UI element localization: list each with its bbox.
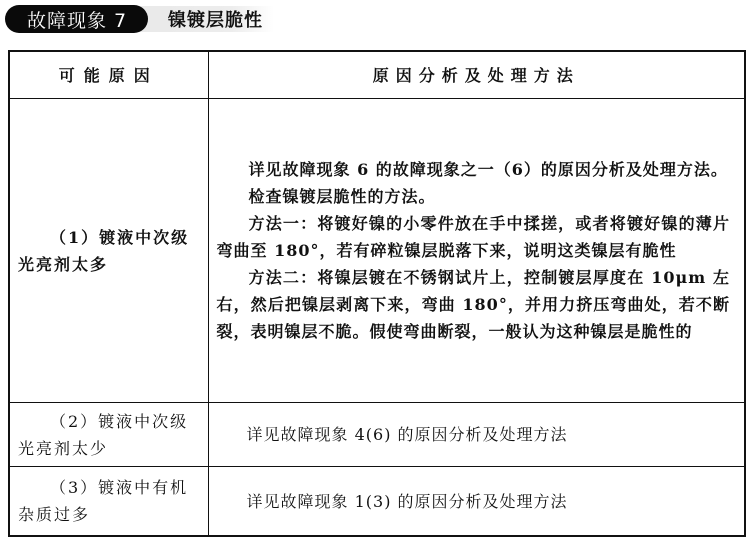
cause-text-line1: （2）镀液中次级 [18, 408, 200, 435]
method-paragraph-reference: 详见故障现象 6 的故障现象之一（6）的原因分析及处理方法。 [217, 156, 731, 183]
table-row: （1）镀液中次级 光亮剂太多 详见故障现象 6 的故障现象之一（6）的原因分析及… [9, 99, 745, 403]
table-row: （2）镀液中次级 光亮剂太少 详见故障现象 4(6) 的原因分析及处理方法 [9, 403, 745, 467]
section-banner: 故障现象 7 镍镀层脆性 [5, 5, 274, 33]
fault-title: 镍镀层脆性 [134, 6, 274, 32]
method-paragraph-intro: 检查镍镀层脆性的方法。 [217, 183, 731, 210]
fault-table: 可能原因 原因分析及处理方法 （1）镀液中次级 光亮剂太多 详见故障现象 6 的… [8, 50, 746, 537]
cause-text-line1: （1）镀液中次级 [18, 224, 200, 251]
method-cell: 详见故障现象 4(6) 的原因分析及处理方法 [208, 403, 745, 467]
cause-text-line2: 光亮剂太少 [18, 435, 200, 462]
cause-cell: （3）镀液中有机 杂质过多 [9, 467, 208, 537]
method-cell: 详见故障现象 6 的故障现象之一（6）的原因分析及处理方法。 检查镍镀层脆性的方… [208, 99, 745, 403]
cause-text-line1: （3）镀液中有机 [18, 474, 200, 501]
header-analysis-method: 原因分析及处理方法 [208, 51, 745, 99]
cause-cell: （2）镀液中次级 光亮剂太少 [9, 403, 208, 467]
method-cell: 详见故障现象 1(3) 的原因分析及处理方法 [208, 467, 745, 537]
fault-table-container: 可能原因 原因分析及处理方法 （1）镀液中次级 光亮剂太多 详见故障现象 6 的… [8, 50, 744, 537]
cause-cell: （1）镀液中次级 光亮剂太多 [9, 99, 208, 403]
method-two-label: 方法二： [249, 268, 318, 287]
method-reference-text: 详见故障现象 1(3) 的原因分析及处理方法 [217, 488, 731, 515]
method-paragraph-two: 方法二：将镍层镀在不锈钢试片上，控制镀层厚度在 10μm 左右，然后把镍层剥离下… [217, 264, 731, 345]
method-paragraph-one: 方法一：将镀好镍的小零件放在手中揉搓，或者将镀好镍的薄片弯曲至 180°，若有碎… [217, 210, 731, 264]
cause-text-line2: 光亮剂太多 [18, 251, 200, 278]
fault-number-badge: 故障现象 7 [5, 5, 148, 33]
cause-text-line2: 杂质过多 [18, 501, 200, 528]
table-row: （3）镀液中有机 杂质过多 详见故障现象 1(3) 的原因分析及处理方法 [9, 467, 745, 537]
table-header-row: 可能原因 原因分析及处理方法 [9, 51, 745, 99]
header-possible-cause: 可能原因 [9, 51, 208, 99]
method-one-label: 方法一： [249, 214, 318, 233]
method-reference-text: 详见故障现象 4(6) 的原因分析及处理方法 [217, 421, 731, 448]
